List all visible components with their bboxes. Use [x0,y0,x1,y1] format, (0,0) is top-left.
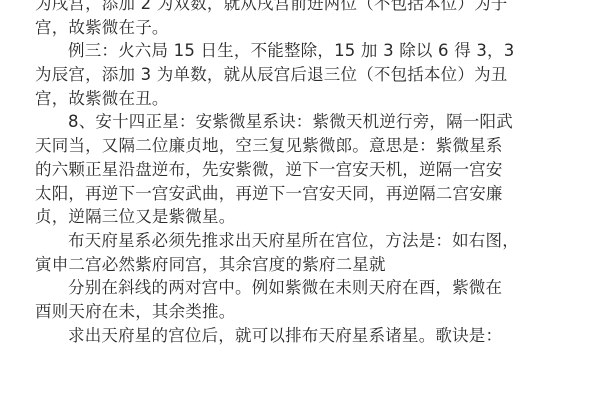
text-line-tianfu-paragraph: 布天府星系必须先推求出天府星所在宫位，方法是：如右图， [35,229,530,253]
text-line-cutoff: 求出天府星的宫位后，就可以排布天府星系诸星。歌诀是： [35,324,530,348]
text-line: 分别在斜线的两对宫中。例如紫微在未则天府在酉，紫微在 [35,276,530,300]
text-line: 贞，逆隔三位又是紫微星。 [35,205,530,229]
text-line-example-three: 例三：火六局 15 日生，不能整除，15 加 3 除以 6 得 3，3 [35,39,530,63]
text-line: 天同当，又隔二位廉贞地，空三复见紫微郎。意思是：紫微星系 [35,134,530,158]
text-line: 太阳，再逆下一宫安武曲，再逆下一宫安天同，再逆隔二宫安廉 [35,182,530,206]
text-line: 寅申二宫必然紫府同宫，其余宫度的紫府二星就 [35,253,530,277]
text-line: 酉则天府在未，其余类推。 [35,300,530,324]
document-page: 为戌宫，添加 2 为双数，就从戌宫前进两位（不包括本位）为子 宫，故紫微在子。 … [35,0,530,347]
text-line: 宫，故紫微在子。 [35,16,530,40]
text-line: 为戌宫，添加 2 为双数，就从戌宫前进两位（不包括本位）为子 [35,0,530,16]
text-line-section-8: 8、安十四正星：安紫微星系诀：紫微天机逆行旁，隔一阳武 [35,110,530,134]
text-line: 的六颗正星沿盘逆布，先安紫微，逆下一宫安天机，逆隔一宫安 [35,158,530,182]
text-line: 为辰宫，添加 3 为单数，就从辰宫后退三位（不包括本位）为丑 [35,63,530,87]
text-line: 宫，故紫微在丑。 [35,87,530,111]
